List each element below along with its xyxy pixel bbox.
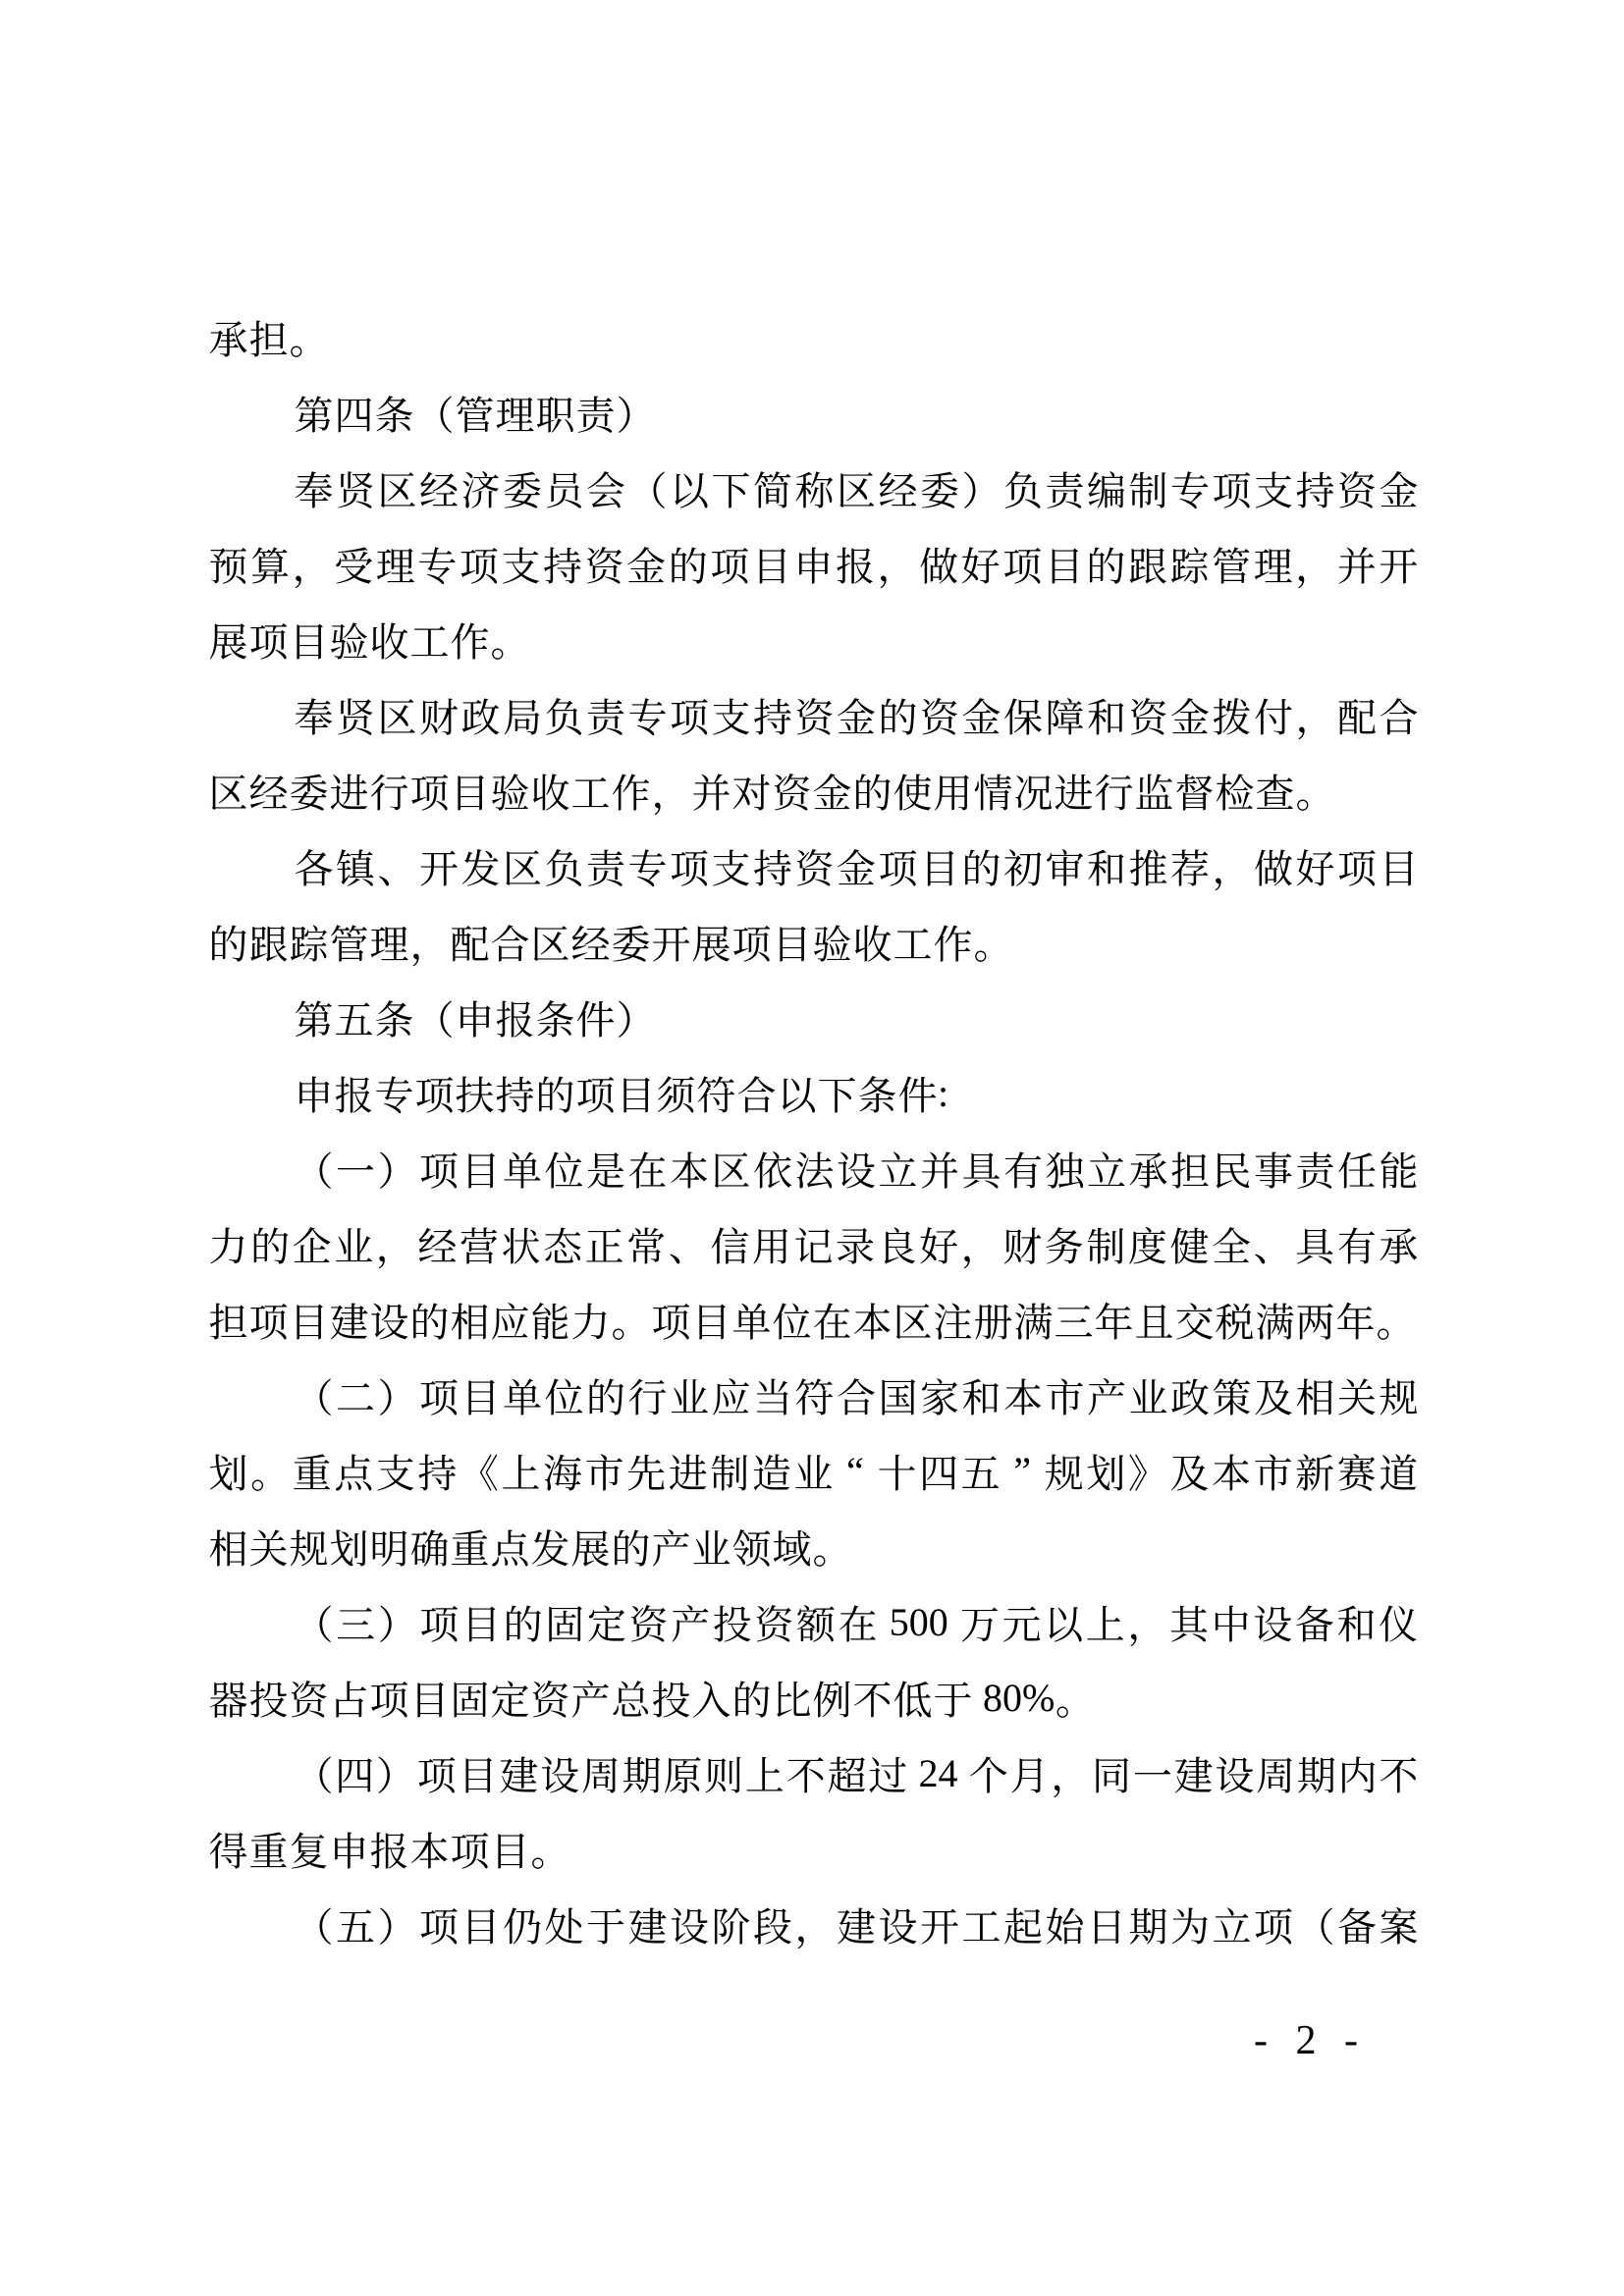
- text-token: 业: [691, 1519, 731, 1575]
- text-token: 。: [1376, 1292, 1416, 1348]
- text-line: （五）项目仍处于建设阶段，建设开工起始日期为立项（备案: [208, 1887, 1419, 1962]
- text-token: 目: [458, 1745, 498, 1801]
- text-token: 项: [1212, 460, 1252, 516]
- text-token: 拨: [1212, 687, 1252, 743]
- text-token: 下: [711, 460, 751, 516]
- text-line: 第五条（申报条件）: [208, 980, 1419, 1055]
- text-token: 合: [490, 914, 530, 970]
- text-token: 的: [409, 1292, 450, 1348]
- text-token: 符: [794, 1367, 835, 1423]
- text-token: 。: [289, 309, 329, 365]
- text-token: 作: [450, 612, 490, 667]
- text-token: 态: [543, 1216, 583, 1272]
- text-token: 担: [248, 309, 289, 365]
- text-token: 专: [627, 687, 668, 743]
- text-token: 交: [1174, 1292, 1215, 1348]
- text-token: 的: [878, 687, 918, 743]
- text-token: 仪: [1379, 1594, 1419, 1650]
- text-token: 和: [1336, 1594, 1377, 1650]
- text-token: 资: [794, 838, 835, 894]
- text-token: 理: [375, 536, 415, 592]
- text-token: 资: [920, 687, 960, 743]
- text-token: 。: [530, 1821, 570, 1877]
- text-token: 报: [334, 1065, 374, 1121]
- text-token: “: [835, 1448, 875, 1494]
- text-token: 展: [570, 1519, 611, 1575]
- text-token: ）: [376, 1745, 416, 1801]
- text-token: 记: [793, 1216, 834, 1272]
- text-token: 固: [450, 1670, 490, 1726]
- text-token: 项: [416, 1745, 457, 1801]
- text-token: 持: [753, 838, 793, 894]
- text-token: 经: [417, 1216, 458, 1272]
- text-token: 条: [535, 989, 575, 1045]
- text-token: 业: [793, 1443, 834, 1499]
- text-token: 发: [530, 1519, 570, 1575]
- text-line: （一）项目单位是在本区依法设立并具有独立承担民事责任能: [208, 1131, 1419, 1206]
- text-token: 政: [460, 687, 501, 743]
- text-token: 务: [1044, 1216, 1084, 1272]
- text-token: 初: [1003, 838, 1044, 894]
- text-line: 第四条（管理职责）: [208, 375, 1419, 451]
- text-token: 支: [501, 536, 541, 592]
- text-token: 目: [1044, 536, 1084, 592]
- text-token: 制: [710, 1443, 750, 1499]
- text-token: 管: [329, 914, 369, 970]
- text-token: 区: [837, 460, 877, 516]
- text-token: 区: [893, 1292, 933, 1348]
- text-token: 一: [336, 1141, 376, 1197]
- text-token: 设: [878, 1896, 918, 1952]
- text-token: 本: [409, 1821, 450, 1877]
- text-token: 比: [772, 1670, 812, 1726]
- text-token: 法: [794, 1141, 835, 1197]
- text-token: ）: [377, 1367, 417, 1423]
- text-token: 三: [336, 1594, 376, 1650]
- text-token: 委: [289, 763, 329, 819]
- text-token: 资: [794, 687, 835, 743]
- text-token: 政: [1170, 1367, 1211, 1423]
- text-token: 有: [1336, 1216, 1377, 1272]
- text-token: 资: [772, 763, 812, 819]
- text-token: 的: [961, 838, 1001, 894]
- text-token: 产: [1087, 1367, 1127, 1423]
- text-token: 项: [731, 914, 772, 970]
- text-token: 经: [248, 763, 289, 819]
- text-token: 进: [1054, 763, 1094, 819]
- text-token: 责: [586, 838, 626, 894]
- text-token: 扶: [455, 1065, 495, 1121]
- text-token: 应: [711, 1367, 751, 1423]
- text-token: 承: [1128, 1141, 1168, 1197]
- text-token: 开: [651, 914, 691, 970]
- text-token: 行: [1094, 763, 1134, 819]
- text-token: 项: [248, 1292, 289, 1348]
- text-token: 。: [611, 1292, 651, 1348]
- text-token: 为: [1170, 1896, 1211, 1952]
- text-token: 元: [1001, 1594, 1042, 1650]
- text-token: 关: [1337, 1367, 1378, 1423]
- text-token: 金: [1170, 687, 1211, 743]
- text-token: 是: [586, 1141, 626, 1197]
- text-token: 金: [812, 763, 852, 819]
- text-token: 本: [1003, 1367, 1044, 1423]
- text-token: ）: [377, 1594, 417, 1650]
- text-token: 海: [543, 1443, 583, 1499]
- text-token: 负: [544, 838, 584, 894]
- text-token: 的: [611, 1519, 651, 1575]
- text-token: 况: [1013, 763, 1054, 819]
- text-token: 重: [450, 1519, 490, 1575]
- text-token: 持: [543, 536, 583, 592]
- text-token: 奉: [294, 687, 334, 743]
- text-token: 使: [893, 763, 933, 819]
- text-token: 道: [1379, 1443, 1419, 1499]
- text-token: 用: [933, 763, 973, 819]
- text-token: 项: [878, 838, 918, 894]
- text-token: 支: [1254, 460, 1294, 516]
- text-token: 配: [1337, 687, 1378, 743]
- text-token: 和: [1087, 838, 1127, 894]
- text-token: 和: [1087, 687, 1127, 743]
- text-token: ）: [616, 989, 656, 1045]
- text-token: 持: [1295, 460, 1335, 516]
- text-token: 并: [920, 1141, 960, 1197]
- text-token: 同: [1092, 1745, 1132, 1801]
- text-token: 单: [731, 1292, 772, 1348]
- text-token: 开: [419, 838, 460, 894]
- text-token: 有: [1003, 1141, 1044, 1197]
- text-token: 独: [1045, 1141, 1085, 1197]
- text-token: 十: [877, 1443, 917, 1499]
- text-token: 开: [1379, 536, 1419, 592]
- text-token: 承: [208, 309, 248, 365]
- text-token: 条: [374, 989, 414, 1045]
- text-token: 专: [374, 1065, 414, 1121]
- text-token: 立: [1212, 1896, 1252, 1952]
- text-token: ，: [960, 1216, 1001, 1272]
- text-token: 合: [1379, 687, 1419, 743]
- document-page: 承担。第四条（管理职责）奉贤区经济委员会（以下简称区经委）负责编制专项支持资金预…: [0, 0, 1624, 2296]
- text-token: 三: [1054, 1292, 1094, 1348]
- text-token: 第: [294, 989, 334, 1045]
- text-token: 相: [208, 1519, 248, 1575]
- text-token: 器: [208, 1670, 248, 1726]
- text-line: 各镇、开发区负责专项支持资金项目的初审和推荐，做好项目: [208, 828, 1419, 904]
- text-token: 检: [1215, 763, 1255, 819]
- text-token: （: [294, 1896, 334, 1952]
- text-token: 得: [208, 1821, 248, 1877]
- text-token: 责: [1295, 1141, 1335, 1197]
- text-line: 承担。: [208, 299, 1419, 375]
- text-token: 项: [419, 1141, 460, 1197]
- text-token: （: [294, 1594, 334, 1650]
- text-token: 业: [1128, 1367, 1168, 1423]
- text-token: 好: [960, 536, 1001, 592]
- text-line: 的跟踪管理，配合区经委开展项目验收工作。: [208, 904, 1419, 980]
- text-token: 二: [336, 1367, 376, 1423]
- text-token: 四: [334, 385, 374, 441]
- text-token: 做: [919, 536, 959, 592]
- text-token: 健: [1169, 1216, 1210, 1272]
- text-token: 的: [503, 1594, 543, 1650]
- text-token: 项: [670, 838, 710, 894]
- text-token: 目: [772, 914, 812, 970]
- text-token: 入: [691, 1670, 731, 1726]
- text-token: 力: [570, 1292, 611, 1348]
- text-token: 管: [455, 385, 495, 441]
- text-token: 收: [852, 914, 893, 970]
- text-token: 投: [248, 1670, 289, 1726]
- text-token: 。: [490, 612, 530, 667]
- text-token: 区: [711, 1141, 751, 1197]
- text-token: 位: [772, 1292, 812, 1348]
- text-token: 符: [696, 1065, 736, 1121]
- text-token: 算: [250, 536, 291, 592]
- text-token: 税: [1215, 1292, 1255, 1348]
- text-token: 于: [586, 1896, 626, 1952]
- text-token: 信: [710, 1216, 750, 1272]
- text-token: 验: [329, 612, 369, 667]
- text-token: 先: [626, 1443, 667, 1499]
- text-token: 件: [575, 989, 616, 1045]
- text-token: 市: [1253, 1443, 1293, 1499]
- text-token: 区: [503, 838, 543, 894]
- text-token: 申: [793, 536, 834, 592]
- text-token: 委: [611, 914, 651, 970]
- text-token: 持: [417, 1443, 458, 1499]
- text-token: 下: [817, 1065, 857, 1121]
- text-token: 低: [893, 1670, 933, 1726]
- text-token: 目: [691, 1292, 731, 1348]
- text-token: 支: [711, 687, 751, 743]
- text-token: 验: [812, 914, 852, 970]
- text-token: ，: [1295, 536, 1335, 592]
- text-token: 应: [490, 1292, 530, 1348]
- text-token: 目: [490, 1821, 530, 1877]
- text-token: 力: [208, 1216, 248, 1272]
- text-token: 始: [1045, 1896, 1085, 1952]
- text-token: 资: [1337, 460, 1378, 516]
- text-token: 目: [920, 838, 960, 894]
- text-token: 跟: [248, 914, 289, 970]
- text-token: 责: [1045, 460, 1085, 516]
- text-token: 目: [460, 1896, 501, 1952]
- text-line: （三）项目的固定资产投资额在 500 万元以上，其中设备和仪: [208, 1584, 1419, 1660]
- text-token: 其: [1169, 1594, 1210, 1650]
- text-token: 不: [785, 1745, 826, 1801]
- text-token: 规: [1379, 1367, 1419, 1423]
- text-token: 关: [248, 1519, 289, 1575]
- text-token: 委: [920, 460, 960, 516]
- text-token: 推: [1128, 838, 1168, 894]
- text-token: ，: [1127, 1594, 1167, 1650]
- text-token: 项: [419, 1594, 460, 1650]
- text-token: 划: [329, 1519, 369, 1575]
- text-token: 原: [663, 1745, 703, 1801]
- text-token: 目: [289, 612, 329, 667]
- text-token: ，: [651, 763, 691, 819]
- text-token: 。: [250, 1443, 291, 1499]
- text-token: 资: [530, 1670, 570, 1726]
- text-token: 障: [1045, 687, 1085, 743]
- text-token: 不: [852, 1670, 893, 1726]
- text-token: 定: [586, 1594, 626, 1650]
- text-token: 并: [1336, 536, 1377, 592]
- text-line: 区经委进行项目验收工作，并对资金的使用情况进行监督检查。: [208, 753, 1419, 828]
- text-line: 担项目建设的相应能力。项目单位在本区注册满三年且交税满两年。: [208, 1282, 1419, 1358]
- text-token: :: [938, 1070, 948, 1116]
- text-token: 目: [460, 1141, 501, 1197]
- text-token: 总: [611, 1670, 651, 1726]
- text-token: 赛: [1336, 1443, 1377, 1499]
- text-token: 须: [656, 1065, 696, 1121]
- text-token: 单: [503, 1141, 543, 1197]
- text-line: 得重复申报本项目。: [208, 1811, 1419, 1887]
- text-token: 好: [919, 1216, 959, 1272]
- text-token: 企: [292, 1216, 332, 1272]
- text-token: 项: [450, 1821, 490, 1877]
- text-token: 做: [1254, 838, 1294, 894]
- text-token: 新: [1295, 1443, 1335, 1499]
- text-token: ，: [1212, 838, 1252, 894]
- text-line: 器投资占项目固定资产总投入的比例不低于 80%。: [208, 1660, 1419, 1735]
- text-token: 设: [670, 1896, 710, 1952]
- text-token: 设: [540, 1745, 580, 1801]
- text-token: 明: [369, 1519, 409, 1575]
- text-token: 资: [1128, 687, 1168, 743]
- text-token: 阶: [711, 1896, 751, 1952]
- text-token: 年: [1094, 1292, 1134, 1348]
- text-token: 具: [961, 1141, 1001, 1197]
- text-token: 经: [878, 460, 918, 516]
- text-line: 相关规划明确重点发展的产业领域。: [208, 1509, 1419, 1584]
- text-token: 持: [495, 1065, 535, 1121]
- text-token: ”: [1002, 1448, 1043, 1494]
- text-token: 的: [208, 914, 248, 970]
- text-token: 在: [627, 1141, 668, 1197]
- text-token: 定: [490, 1670, 530, 1726]
- text-token: 造: [751, 1443, 791, 1499]
- text-token: 月: [1009, 1745, 1050, 1801]
- text-token: 承: [1379, 1216, 1419, 1272]
- text-token: 专: [1170, 460, 1211, 516]
- text-token: 市: [1045, 1367, 1085, 1423]
- text-token: 奉: [294, 460, 334, 516]
- text-token: 相: [1295, 1367, 1335, 1423]
- text-token: 的: [586, 1367, 626, 1423]
- text-token: 目: [461, 1594, 502, 1650]
- text-token: 投: [651, 1670, 691, 1726]
- text-token: 经: [419, 460, 460, 516]
- text-token: ）: [616, 385, 656, 441]
- text-token: 建: [329, 1292, 369, 1348]
- text-token: 好: [1295, 838, 1335, 894]
- text-token: 《: [459, 1443, 499, 1499]
- text-token: 额: [796, 1594, 837, 1650]
- text-token: 位: [544, 1367, 584, 1423]
- text-token: 、: [377, 838, 417, 894]
- text-token: 的: [535, 1065, 575, 1121]
- text-token: 。: [812, 1519, 852, 1575]
- text-token: （: [414, 989, 455, 1045]
- text-token: 项: [670, 687, 710, 743]
- text-token: 踪: [1169, 536, 1210, 592]
- text-token: 四: [919, 1443, 959, 1499]
- text-token: 申: [329, 1821, 369, 1877]
- text-token: 理: [1253, 536, 1293, 592]
- text-token: 五: [960, 1443, 1001, 1499]
- text-token: 注: [933, 1292, 973, 1348]
- text-token: 配: [450, 914, 490, 970]
- text-token: 的: [250, 1216, 291, 1272]
- text-token: 点: [490, 1519, 530, 1575]
- text-token: 任: [1337, 1141, 1378, 1197]
- text-token: 及: [1169, 1443, 1210, 1499]
- text-token: （: [1295, 1896, 1335, 1952]
- text-token: 仍: [503, 1896, 543, 1952]
- text-token: 度: [1127, 1216, 1167, 1272]
- text-token: 确: [409, 1519, 450, 1575]
- text-token: 区: [377, 687, 417, 743]
- text-token: 80%: [973, 1675, 1055, 1721]
- text-token: 区: [530, 914, 570, 970]
- text-token: 保: [1003, 687, 1044, 743]
- text-token: 工: [961, 1896, 1001, 1952]
- text-token: 项: [1254, 1896, 1294, 1952]
- text-token: 开: [920, 1896, 960, 1952]
- text-token: 财: [1002, 1216, 1043, 1272]
- text-token: 项: [459, 536, 499, 592]
- text-token: 区: [208, 763, 248, 819]
- text-token: （: [294, 1141, 334, 1197]
- text-token: 本: [1212, 1443, 1252, 1499]
- text-token: 起: [1003, 1896, 1044, 1952]
- text-token: 以: [670, 460, 710, 516]
- text-token: 镇: [336, 838, 376, 894]
- text-token: 监: [1134, 763, 1174, 819]
- text-token: 万: [959, 1594, 1000, 1650]
- text-token: 以: [1044, 1594, 1084, 1650]
- text-token: 目: [460, 1367, 501, 1423]
- text-token: 理: [369, 914, 409, 970]
- text-token: 500: [880, 1599, 958, 1645]
- text-token: 占: [329, 1670, 369, 1726]
- text-token: 验: [490, 763, 530, 819]
- text-token: 业: [670, 1367, 710, 1423]
- text-token: 财: [419, 687, 460, 743]
- text-token: 条: [857, 1065, 897, 1121]
- text-token: 建: [627, 1896, 668, 1952]
- text-token: 建: [837, 1896, 877, 1952]
- text-token: 一: [1132, 1745, 1172, 1801]
- text-token: 产: [671, 1594, 711, 1650]
- text-token: 资: [584, 536, 624, 592]
- text-line: 展项目验收工作。: [208, 602, 1419, 677]
- text-token: 常: [626, 1216, 667, 1272]
- text-token: 目: [1379, 838, 1419, 894]
- text-token: 》: [1127, 1443, 1167, 1499]
- text-token: 行: [627, 1367, 668, 1423]
- text-token: 各: [294, 838, 334, 894]
- text-token: 金: [837, 687, 877, 743]
- text-token: 持: [753, 687, 793, 743]
- text-token: 良: [877, 1216, 917, 1272]
- text-line: 预算，受理专项支持资金的项目申报，做好项目的跟踪管理，并开: [208, 526, 1419, 602]
- text-token: 项: [575, 1065, 616, 1121]
- text-token: （: [414, 385, 455, 441]
- text-token: 上: [1085, 1594, 1125, 1650]
